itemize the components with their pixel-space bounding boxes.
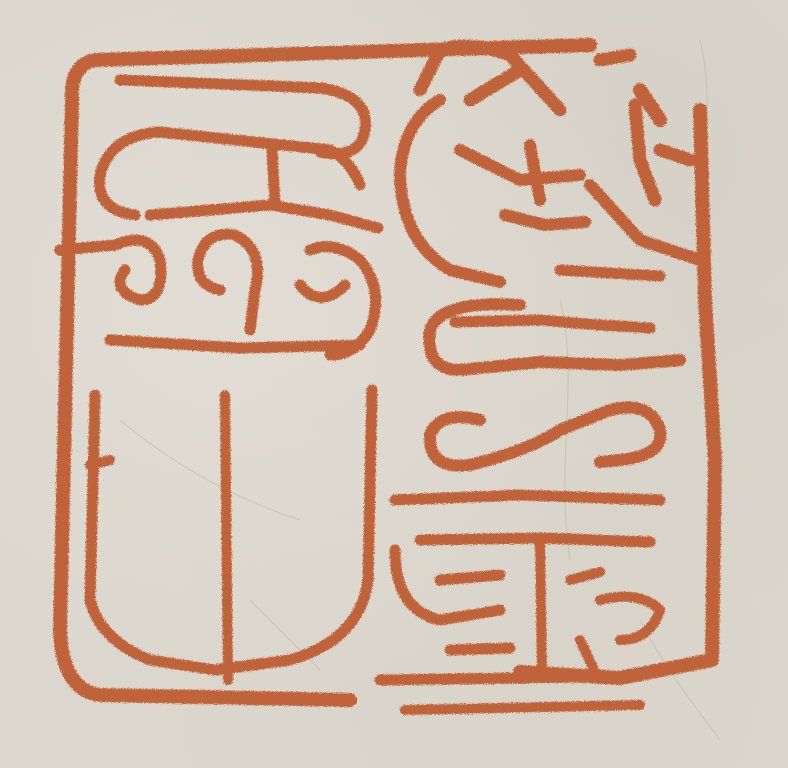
seal-ink: [60, 45, 715, 710]
seal-impression: [0, 0, 788, 768]
